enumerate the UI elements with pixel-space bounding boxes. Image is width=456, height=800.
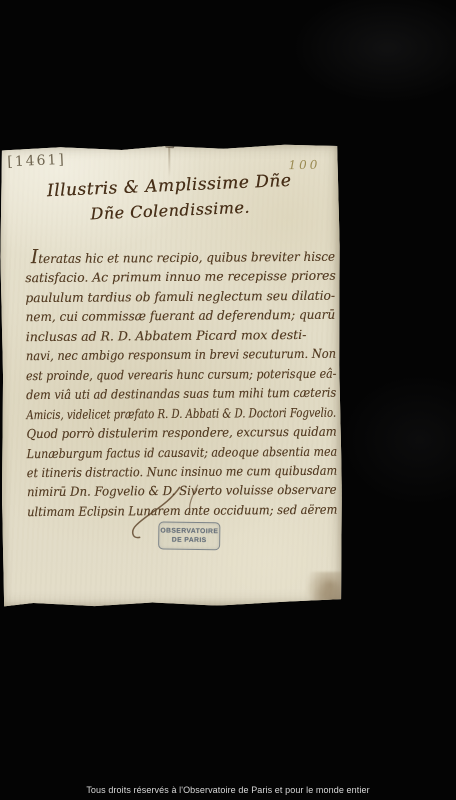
manuscript-page: [1461] 100 Illustris & Amplissime Dñe Dñ… [0, 144, 343, 608]
manuscript-line: satisfacio. Ac primum innuo me recepisse… [25, 266, 332, 288]
letter-heading: Illustris & Amplissime Dñe Dñe Colendiss… [0, 167, 341, 230]
letter-body: Iteratas hic et nunc recipio, quibus bre… [25, 245, 337, 522]
stamp-line2: DE PARIS [172, 536, 207, 545]
manuscript-line: et itineris distractio. Nunc insinuo me … [27, 461, 306, 483]
manuscript-line: nem, cui commissæ fuerant ad deferendum;… [25, 305, 324, 327]
archival-number: [1461] [7, 152, 66, 170]
manuscript-line: est proinde, quod verearis hunc cursum; … [26, 364, 299, 386]
manuscript-line: dem viâ uti ad destinandas suas tum mihi… [26, 383, 306, 405]
manuscript-line: Iteratas hic et nunc recipio, quibus bre… [25, 245, 323, 269]
manuscript-line: inclusas ad R. D. Abbatem Picard mox des… [26, 325, 336, 347]
manuscript-line: Amicis, videlicet præfato R. D. Abbati &… [26, 403, 276, 424]
fold-crease [168, 147, 170, 177]
manuscript-line: Quod porrò distulerim respondere, excurs… [26, 422, 315, 444]
stamp-line1: OBSERVATOIRE [160, 526, 218, 536]
stain-smudge [300, 572, 342, 618]
observatoire-stamp: OBSERVATOIRE DE PARIS [158, 521, 220, 550]
manuscript-line: Lunæburgum factus id causavit; adeoque a… [27, 442, 301, 464]
photo-stage: [1461] 100 Illustris & Amplissime Dñe Dñ… [0, 0, 456, 800]
manuscript-line: paululum tardius ob famuli neglectum seu… [25, 286, 328, 308]
manuscript-line: navi, nec ambigo responsum in brevi secu… [26, 344, 309, 366]
copyright-caption: Tous droits réservés à l'Observatoire de… [0, 785, 456, 795]
